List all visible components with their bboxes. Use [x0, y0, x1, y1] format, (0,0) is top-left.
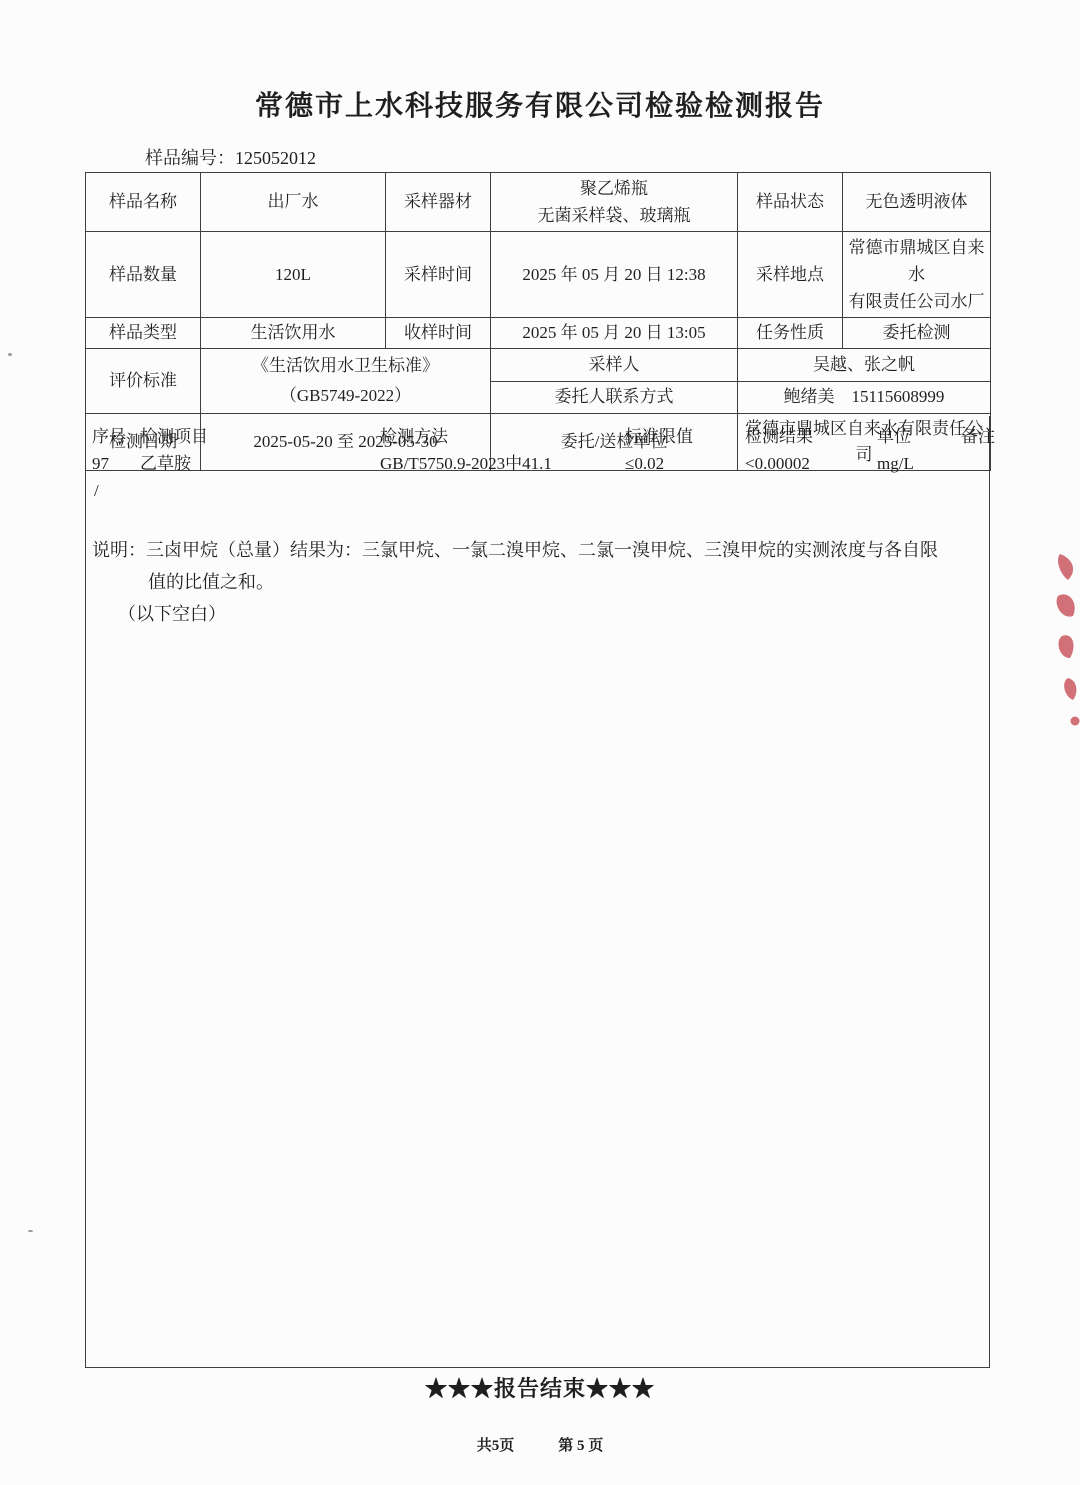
- sampling-equipment-label: 采样器材: [386, 173, 491, 232]
- info-row-4a: 评价标准 《生活饮用水卫生标准》 （GB5749-2022） 采样人 吴越、张之…: [86, 349, 991, 382]
- col-result-header: 检测结果: [745, 423, 877, 450]
- result-row: 97 乙草胺 GB/T5750.9-2023中41.1 ≤0.02 <0.000…: [86, 450, 989, 477]
- col-method-header: 检测方法: [380, 423, 625, 450]
- result-seq: 97: [92, 450, 140, 477]
- sampling-equipment-line1: 聚乙烯瓶: [495, 175, 733, 202]
- sample-name-value: 出厂水: [201, 173, 386, 232]
- sample-type-label: 样品类型: [86, 318, 201, 349]
- sample-quantity-value: 120L: [201, 232, 386, 318]
- note-line-2: 值的比值之和。: [86, 566, 989, 598]
- end-of-list-slash: /: [86, 477, 989, 504]
- col-unit-header: 单位: [877, 423, 961, 450]
- sampling-location-line1: 常德市鼎城区自来水: [847, 234, 986, 288]
- result-limit: ≤0.02: [625, 450, 745, 477]
- evaluation-standard-line2: （GB5749-2022）: [205, 381, 486, 411]
- scan-artifact: [8, 353, 12, 356]
- scan-artifact: [28, 1230, 33, 1232]
- note-line-3: （以下空白）: [86, 598, 989, 630]
- note-line-1: 说明：三卤甲烷（总量）结果为：三氯甲烷、一氯二溴甲烷、二氯一溴甲烷、三溴甲烷的实…: [86, 534, 989, 566]
- col-seq-header: 序号: [92, 423, 140, 450]
- sample-number-value: 125052012: [235, 148, 316, 168]
- col-note-header: 备注: [961, 423, 995, 450]
- sampling-time-value: 2025 年 05 月 20 日 12:38: [491, 232, 738, 318]
- report-page: 常德市上水科技服务有限公司检验检测报告 样品编号：125052012 样品名称 …: [0, 0, 1080, 1485]
- sample-quantity-label: 样品数量: [86, 232, 201, 318]
- results-section: 序号 检测项目 检测方法 标准限值 检测结果 单位 备注 97 乙草胺 GB/T…: [85, 416, 990, 1368]
- col-item-header: 检测项目: [140, 423, 380, 450]
- page-current: 第 5 页: [558, 1438, 603, 1454]
- sampling-equipment-line2: 无菌采样袋、玻璃瓶: [495, 202, 733, 229]
- sample-type-value: 生活饮用水: [201, 318, 386, 349]
- result-item: 乙草胺: [140, 450, 380, 477]
- report-end-text: ★★★报告结束★★★: [0, 1372, 1080, 1403]
- sample-name-label: 样品名称: [86, 173, 201, 232]
- receiving-time-value: 2025 年 05 月 20 日 13:05: [491, 318, 738, 349]
- sampler-value: 吴越、张之帆: [738, 349, 991, 382]
- sampling-time-label: 采样时间: [386, 232, 491, 318]
- col-limit-header: 标准限值: [625, 423, 745, 450]
- task-nature-label: 任务性质: [738, 318, 843, 349]
- evaluation-standard-line1: 《生活饮用水卫生标准》: [205, 351, 486, 381]
- result-unit: mg/L: [877, 450, 961, 477]
- sample-status-label: 样品状态: [738, 173, 843, 232]
- note-label: 说明：: [92, 540, 146, 560]
- sample-number-label: 样品编号：: [145, 148, 235, 168]
- info-row-3: 样品类型 生活饮用水 收样时间 2025 年 05 月 20 日 13:05 任…: [86, 318, 991, 349]
- note-block: 说明：三卤甲烷（总量）结果为：三氯甲烷、一氯二溴甲烷、二氯一溴甲烷、三溴甲烷的实…: [86, 534, 989, 630]
- evaluation-standard-value: 《生活饮用水卫生标准》 （GB5749-2022）: [201, 349, 491, 414]
- sample-status-value: 无色透明液体: [843, 173, 991, 232]
- result-value: <0.00002: [745, 450, 877, 477]
- evaluation-standard-label: 评价标准: [86, 349, 201, 414]
- red-seal-fragment: [1032, 548, 1080, 743]
- result-note: [961, 450, 989, 477]
- info-row-1: 样品名称 出厂水 采样器材 聚乙烯瓶 无菌采样袋、玻璃瓶 样品状态 无色透明液体: [86, 173, 991, 232]
- info-row-2: 样品数量 120L 采样时间 2025 年 05 月 20 日 12:38 采样…: [86, 232, 991, 318]
- pages-total: 共5页: [477, 1438, 515, 1454]
- client-contact-value: 鲍绪美 15115608999: [738, 381, 991, 414]
- client-contact-label: 委托人联系方式: [491, 381, 738, 414]
- result-method: GB/T5750.9-2023中41.1: [380, 450, 625, 477]
- results-header-row: 序号 检测项目 检测方法 标准限值 检测结果 单位 备注: [86, 423, 989, 450]
- sampling-location-line2: 有限责任公司水厂: [847, 288, 986, 315]
- sampling-location-value: 常德市鼎城区自来水 有限责任公司水厂: [843, 232, 991, 318]
- sampling-equipment-value: 聚乙烯瓶 无菌采样袋、玻璃瓶: [491, 173, 738, 232]
- page-info: 共5页第 5 页: [0, 1434, 1080, 1455]
- sample-number: 样品编号：125052012: [145, 144, 316, 170]
- task-nature-value: 委托检测: [843, 318, 991, 349]
- note-text: 三卤甲烷（总量）结果为：三氯甲烷、一氯二溴甲烷、二氯一溴甲烷、三溴甲烷的实测浓度…: [146, 540, 938, 560]
- page-title: 常德市上水科技服务有限公司检验检测报告: [0, 84, 1080, 124]
- sampling-location-label: 采样地点: [738, 232, 843, 318]
- sampler-label: 采样人: [491, 349, 738, 382]
- receiving-time-label: 收样时间: [386, 318, 491, 349]
